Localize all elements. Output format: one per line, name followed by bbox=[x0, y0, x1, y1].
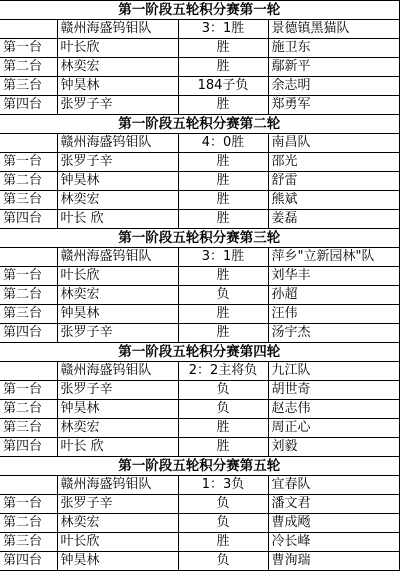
opponent-player-name[interactable]: 邵光 bbox=[268, 153, 399, 172]
board-label[interactable]: 第二台 bbox=[0, 400, 57, 419]
round-title[interactable]: 第一阶段五轮积分赛第五轮 bbox=[0, 457, 399, 476]
opponent-player-name[interactable]: 胡世奇 bbox=[268, 381, 399, 400]
board-label[interactable]: 第一台 bbox=[0, 495, 57, 514]
match-score[interactable]: 1：3负 bbox=[178, 476, 268, 495]
player-name[interactable]: 叶长欣 bbox=[57, 533, 178, 552]
player-name[interactable]: 张罗子辛 bbox=[57, 381, 178, 400]
match-header-row: 赣州海盛钨钼队3：1胜景德镇黑猫队 bbox=[0, 20, 399, 39]
opponent-player-name[interactable]: 曹成飏 bbox=[268, 514, 399, 533]
match-score[interactable]: 3：1胜 bbox=[178, 248, 268, 267]
game-result[interactable]: 负 bbox=[178, 381, 268, 400]
board-label[interactable]: 第二台 bbox=[0, 514, 57, 533]
player-name[interactable]: 林奕宏 bbox=[57, 286, 178, 305]
match-score[interactable]: 3：1胜 bbox=[178, 20, 268, 39]
home-team[interactable]: 赣州海盛钨钼队 bbox=[57, 134, 178, 153]
board-row: 第四台叶长 欣胜姜磊 bbox=[0, 210, 399, 229]
opponent-player-name[interactable]: 鄢新平 bbox=[268, 58, 399, 77]
board-label[interactable]: 第三台 bbox=[0, 305, 57, 324]
results-sheet: 第一阶段五轮积分赛第一轮赣州海盛钨钼队3：1胜景德镇黑猫队第一台叶长欣胜施卫东第… bbox=[0, 0, 399, 571]
opponent-player-name[interactable]: 汪伟 bbox=[268, 305, 399, 324]
board-label[interactable]: 第一台 bbox=[0, 39, 57, 58]
board-label[interactable]: 第一台 bbox=[0, 153, 57, 172]
board-row: 第二台林奕宏胜鄢新平 bbox=[0, 58, 399, 77]
board-row: 第一台张罗子辛胜邵光 bbox=[0, 153, 399, 172]
round-title-row: 第一阶段五轮积分赛第五轮 bbox=[0, 457, 399, 476]
board-label[interactable]: 第二台 bbox=[0, 286, 57, 305]
opponent-player-name[interactable]: 汤宇杰 bbox=[268, 324, 399, 343]
opponent-player-name[interactable]: 姜磊 bbox=[268, 210, 399, 229]
home-team[interactable]: 赣州海盛钨钼队 bbox=[57, 476, 178, 495]
game-result[interactable]: 胜 bbox=[178, 210, 268, 229]
player-name[interactable]: 林奕宏 bbox=[57, 419, 178, 438]
board-row: 第一台叶长欣胜刘华丰 bbox=[0, 267, 399, 286]
game-result[interactable]: 胜 bbox=[178, 153, 268, 172]
player-name[interactable]: 叶长 欣 bbox=[57, 438, 178, 457]
opponent-player-name[interactable]: 赵志伟 bbox=[268, 400, 399, 419]
opponent-player-name[interactable]: 舒雷 bbox=[268, 172, 399, 191]
blank-cell[interactable] bbox=[0, 20, 57, 39]
round-title[interactable]: 第一阶段五轮积分赛第一轮 bbox=[0, 1, 399, 20]
board-label[interactable]: 第四台 bbox=[0, 210, 57, 229]
board-row: 第二台林奕宏负孙超 bbox=[0, 286, 399, 305]
game-result[interactable]: 负 bbox=[178, 400, 268, 419]
game-result[interactable]: 胜 bbox=[178, 533, 268, 552]
board-label[interactable]: 第二台 bbox=[0, 58, 57, 77]
opponent-player-name[interactable]: 熊斌 bbox=[268, 191, 399, 210]
home-team[interactable]: 赣州海盛钨钼队 bbox=[57, 362, 178, 381]
player-name[interactable]: 钟昊林 bbox=[57, 77, 178, 96]
game-result[interactable]: 胜 bbox=[178, 39, 268, 58]
board-row: 第三台钟昊林184子负余志明 bbox=[0, 77, 399, 96]
game-result[interactable]: 胜 bbox=[178, 58, 268, 77]
game-result[interactable]: 胜 bbox=[178, 324, 268, 343]
blank-cell[interactable] bbox=[0, 362, 57, 381]
round-title[interactable]: 第一阶段五轮积分赛第二轮 bbox=[0, 115, 399, 134]
game-result[interactable]: 胜 bbox=[178, 305, 268, 324]
board-label[interactable]: 第四台 bbox=[0, 324, 57, 343]
player-name[interactable]: 钟昊林 bbox=[57, 172, 178, 191]
game-result[interactable]: 胜 bbox=[178, 267, 268, 286]
round-title-row: 第一阶段五轮积分赛第二轮 bbox=[0, 115, 399, 134]
player-name[interactable]: 林奕宏 bbox=[57, 191, 178, 210]
home-team[interactable]: 赣州海盛钨钼队 bbox=[57, 248, 178, 267]
player-name[interactable]: 张罗子辛 bbox=[57, 495, 178, 514]
board-row: 第二台钟昊林胜舒雷 bbox=[0, 172, 399, 191]
board-row: 第三台林奕宏胜熊斌 bbox=[0, 191, 399, 210]
opponent-player-name[interactable]: 刘华丰 bbox=[268, 267, 399, 286]
round-title-row: 第一阶段五轮积分赛第四轮 bbox=[0, 343, 399, 362]
board-row: 第一台叶长欣胜施卫东 bbox=[0, 39, 399, 58]
round-title[interactable]: 第一阶段五轮积分赛第四轮 bbox=[0, 343, 399, 362]
player-name[interactable]: 张罗子辛 bbox=[57, 153, 178, 172]
opponent-team[interactable]: 景德镇黑猫队 bbox=[268, 20, 399, 39]
round-title-row: 第一阶段五轮积分赛第一轮 bbox=[0, 1, 399, 20]
board-row: 第一台张罗子辛负胡世奇 bbox=[0, 381, 399, 400]
board-row: 第四台张罗子辛胜汤宇杰 bbox=[0, 324, 399, 343]
board-row: 第三台钟昊林胜汪伟 bbox=[0, 305, 399, 324]
board-label[interactable]: 第一台 bbox=[0, 267, 57, 286]
opponent-player-name[interactable]: 冷长峰 bbox=[268, 533, 399, 552]
opponent-player-name[interactable]: 曹洵瑞 bbox=[268, 552, 399, 571]
game-result[interactable]: 184子负 bbox=[178, 77, 268, 96]
opponent-player-name[interactable]: 潘文君 bbox=[268, 495, 399, 514]
board-row: 第四台叶长 欣胜刘毅 bbox=[0, 438, 399, 457]
opponent-player-name[interactable]: 孙超 bbox=[268, 286, 399, 305]
board-label[interactable]: 第一台 bbox=[0, 381, 57, 400]
player-name[interactable]: 张罗子辛 bbox=[57, 324, 178, 343]
player-name[interactable]: 张罗子辛 bbox=[57, 96, 178, 115]
round-title-row: 第一阶段五轮积分赛第三轮 bbox=[0, 229, 399, 248]
board-label[interactable]: 第三台 bbox=[0, 419, 57, 438]
opponent-team[interactable]: 南昌队 bbox=[268, 134, 399, 153]
board-row: 第三台叶长欣胜冷长峰 bbox=[0, 533, 399, 552]
opponent-player-name[interactable]: 周正心 bbox=[268, 419, 399, 438]
opponent-team[interactable]: 九江队 bbox=[268, 362, 399, 381]
opponent-player-name[interactable]: 刘毅 bbox=[268, 438, 399, 457]
player-name[interactable]: 钟昊林 bbox=[57, 552, 178, 571]
results-table-body: 第一阶段五轮积分赛第一轮赣州海盛钨钼队3：1胜景德镇黑猫队第一台叶长欣胜施卫东第… bbox=[0, 1, 399, 571]
board-label[interactable]: 第四台 bbox=[0, 438, 57, 457]
player-name[interactable]: 叶长 欣 bbox=[57, 210, 178, 229]
match-header-row: 赣州海盛钨钼队4：0胜南昌队 bbox=[0, 134, 399, 153]
match-header-row: 赣州海盛钨钼队1：3负宜春队 bbox=[0, 476, 399, 495]
round-title[interactable]: 第一阶段五轮积分赛第三轮 bbox=[0, 229, 399, 248]
game-result[interactable]: 负 bbox=[178, 286, 268, 305]
opponent-player-name[interactable]: 施卫东 bbox=[268, 39, 399, 58]
game-result[interactable]: 胜 bbox=[178, 96, 268, 115]
home-team[interactable]: 赣州海盛钨钼队 bbox=[57, 20, 178, 39]
player-name[interactable]: 林奕宏 bbox=[57, 58, 178, 77]
opponent-team[interactable]: 萍乡"立新园林"队 bbox=[268, 248, 399, 267]
board-label[interactable]: 第三台 bbox=[0, 77, 57, 96]
board-label[interactable]: 第三台 bbox=[0, 533, 57, 552]
board-label[interactable]: 第四台 bbox=[0, 552, 57, 571]
player-name[interactable]: 叶长欣 bbox=[57, 267, 178, 286]
game-result[interactable]: 胜 bbox=[178, 419, 268, 438]
player-name[interactable]: 钟昊林 bbox=[57, 400, 178, 419]
opponent-player-name[interactable]: 郑勇军 bbox=[268, 96, 399, 115]
board-label[interactable]: 第二台 bbox=[0, 172, 57, 191]
opponent-player-name[interactable]: 余志明 bbox=[268, 77, 399, 96]
board-row: 第四台张罗子辛胜郑勇军 bbox=[0, 96, 399, 115]
board-label[interactable]: 第四台 bbox=[0, 96, 57, 115]
blank-cell[interactable] bbox=[0, 476, 57, 495]
player-name[interactable]: 叶长欣 bbox=[57, 39, 178, 58]
match-header-row: 赣州海盛钨钼队3：1胜萍乡"立新园林"队 bbox=[0, 248, 399, 267]
game-result[interactable]: 胜 bbox=[178, 172, 268, 191]
player-name[interactable]: 林奕宏 bbox=[57, 514, 178, 533]
game-result[interactable]: 胜 bbox=[178, 191, 268, 210]
game-result[interactable]: 负 bbox=[178, 495, 268, 514]
player-name[interactable]: 钟昊林 bbox=[57, 305, 178, 324]
blank-cell[interactable] bbox=[0, 248, 57, 267]
board-row: 第二台林奕宏负曹成飏 bbox=[0, 514, 399, 533]
match-score[interactable]: 2：2主将负 bbox=[178, 362, 268, 381]
board-row: 第三台林奕宏胜周正心 bbox=[0, 419, 399, 438]
board-row: 第一台张罗子辛负潘文君 bbox=[0, 495, 399, 514]
opponent-team[interactable]: 宜春队 bbox=[268, 476, 399, 495]
match-score[interactable]: 4：0胜 bbox=[178, 134, 268, 153]
board-row: 第四台钟昊林负曹洵瑞 bbox=[0, 552, 399, 571]
blank-cell[interactable] bbox=[0, 134, 57, 153]
match-header-row: 赣州海盛钨钼队2：2主将负九江队 bbox=[0, 362, 399, 381]
board-label[interactable]: 第三台 bbox=[0, 191, 57, 210]
game-result[interactable]: 负 bbox=[178, 514, 268, 533]
results-table: 第一阶段五轮积分赛第一轮赣州海盛钨钼队3：1胜景德镇黑猫队第一台叶长欣胜施卫东第… bbox=[0, 0, 400, 571]
game-result[interactable]: 负 bbox=[178, 552, 268, 571]
game-result[interactable]: 胜 bbox=[178, 438, 268, 457]
board-row: 第二台钟昊林负赵志伟 bbox=[0, 400, 399, 419]
